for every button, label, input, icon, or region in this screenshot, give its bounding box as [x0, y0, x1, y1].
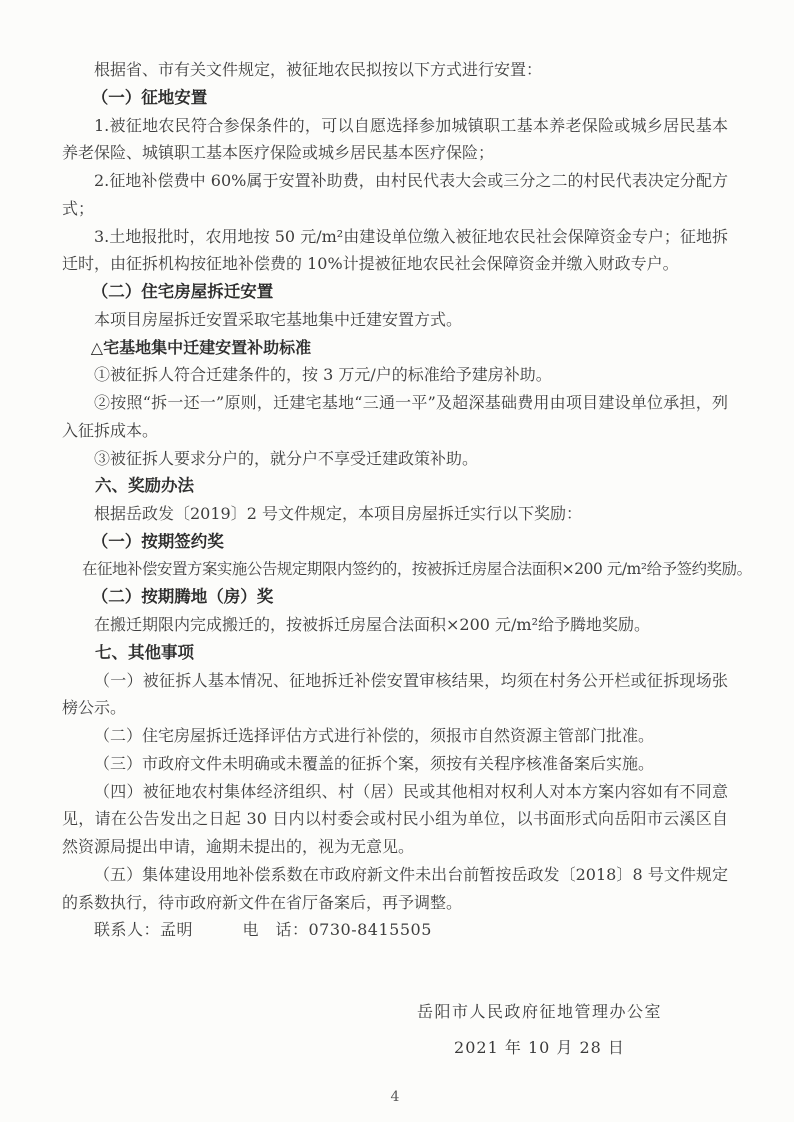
heading-vacating-reward: （二）按期腾地（房）奖 [62, 583, 728, 611]
paragraph-signing-reward-detail: 在征地补偿安置方案实施公告规定期限内签约的，按被拆迁房屋合法面积×200 元/m… [62, 556, 728, 584]
paragraph-building-subsidy: ①被征拆人符合迁建条件的，按 3 万元/户的标准给予建房补助。 [62, 361, 728, 389]
paragraph-insurance-options: 1.被征地农民符合参保条件的，可以自愿选择参加城镇职工基本养老保险或城乡居民基本… [62, 112, 728, 168]
paragraph-objection-procedure: （四）被征地农村集体经济组织、村（居）民或其他相对权利人对本方案内容如有不同意见… [62, 778, 728, 861]
heading-land-resettlement: （一）征地安置 [62, 84, 728, 112]
contact-line: 联系人：孟明 电 话：0730-8415505 [62, 916, 728, 944]
signature-block: 岳阳市人民政府征地管理办公室 2021 年 10 月 28 日 [417, 994, 662, 1066]
heading-signing-reward: （一）按期签约奖 [62, 528, 728, 556]
paragraph-relocation-method: 本项目房屋拆迁安置采取宅基地集中迁建安置方式。 [62, 306, 728, 334]
paragraph-public-posting: （一）被征拆人基本情况、征地拆迁补偿安置审核结果，均须在村务公开栏或征拆现场张榜… [62, 667, 728, 723]
paragraph-reward-basis: 根据岳政发〔2019〕2 号文件规定，本项目房屋拆迁实行以下奖励： [62, 500, 728, 528]
page-number: 4 [62, 1084, 728, 1112]
heading-other-matters: 七、其他事项 [62, 639, 728, 667]
issuing-office: 岳阳市人民政府征地管理办公室 [417, 994, 662, 1030]
heading-reward-measures: 六、奖励办法 [62, 472, 728, 500]
paragraph-household-split: ③被征拆人要求分户的，就分户不享受迁建政策补助。 [62, 445, 728, 473]
heading-homestead-subsidy: △宅基地集中迁建安置补助标准 [62, 334, 728, 362]
paragraph-vacating-reward-detail: 在搬迁期限内完成搬迁的，按被拆迁房屋合法面积×200 元/m²给予腾地奖励。 [62, 611, 728, 639]
paragraph-one-for-one-principle: ②按照“拆一还一”原则，迁建宅基地“三通一平”及超深基础费用由项目建设单位承担，… [62, 389, 728, 445]
heading-house-relocation: （二）住宅房屋拆迁安置 [62, 278, 728, 306]
issue-date: 2021 年 10 月 28 日 [417, 1030, 662, 1066]
paragraph-social-security-fund: 3.土地报批时，农用地按 50 元/m²由建设单位缴入被征地农民社会保障资金专户… [62, 223, 728, 279]
document-page: 根据省、市有关文件规定，被征地农民拟按以下方式进行安置： （一）征地安置 1.被… [0, 0, 794, 1122]
paragraph-subsidy-allocation: 2.征地补偿费中 60%属于安置补助费，由村民代表大会或三分之二的村民代表决定分… [62, 167, 728, 223]
paragraph-coefficient-interim: （五）集体建设用地补偿系数在市政府新文件未出台前暂按岳政发〔2018〕8 号文件… [62, 861, 728, 917]
intro-paragraph: 根据省、市有关文件规定，被征地农民拟按以下方式进行安置： [62, 56, 728, 84]
paragraph-appraisal-approval: （二）住宅房屋拆迁选择评估方式进行补偿的，须报市自然资源主管部门批准。 [62, 722, 728, 750]
paragraph-uncovered-cases: （三）市政府文件未明确或未覆盖的征拆个案，须按有关程序核准备案后实施。 [62, 750, 728, 778]
